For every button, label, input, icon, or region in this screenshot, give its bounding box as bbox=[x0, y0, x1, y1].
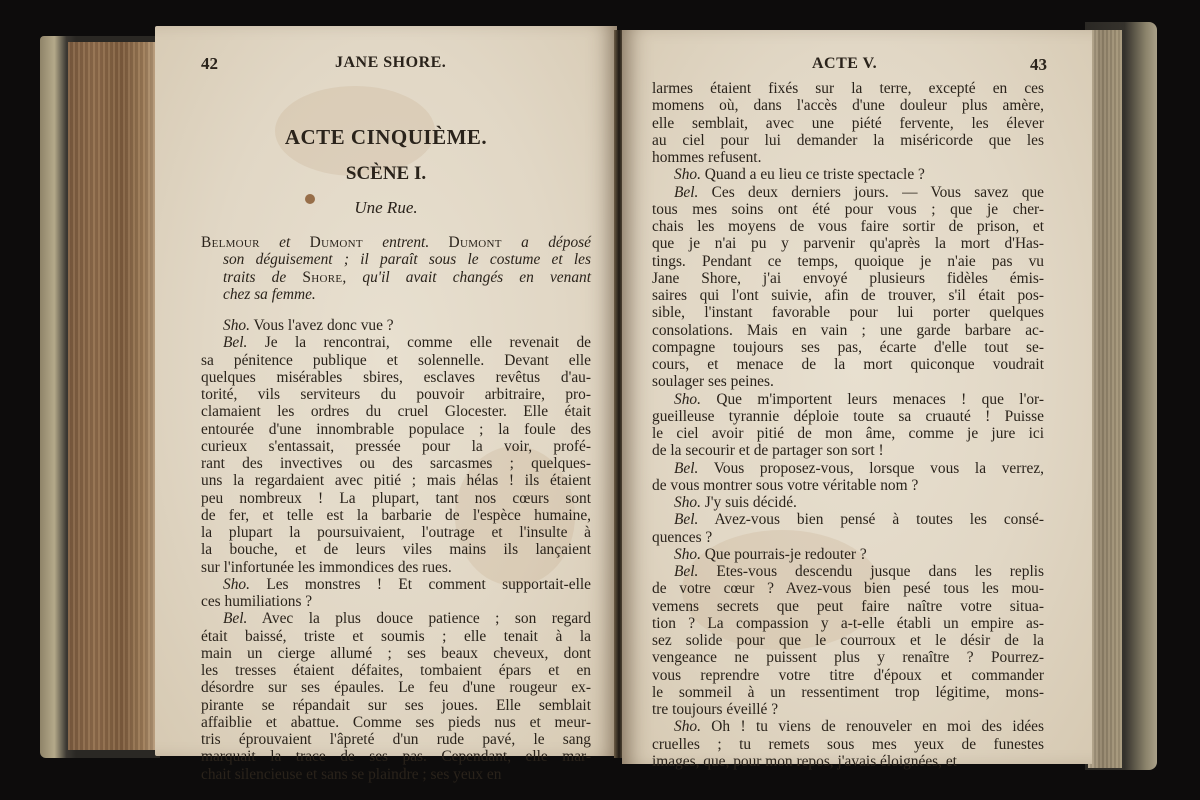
text-line: vous reprendre votre titre d'époux et co… bbox=[652, 667, 1044, 684]
line-text: cours, et menace de la mort quiconque vo… bbox=[652, 356, 1044, 373]
text-line: larmes étaient fixés sur la terre, excep… bbox=[652, 80, 1044, 97]
line-text: pirante se répandait sur ses joues. Elle… bbox=[201, 697, 591, 714]
line-text: sa pénitence publique et solennelle. Dev… bbox=[201, 352, 591, 369]
line-text: quences ? bbox=[652, 529, 712, 546]
line-text: le ciel avoir pitié de mon âme, comme je… bbox=[652, 425, 1044, 442]
text-line: la bouche, et de leurs viles mains ils l… bbox=[201, 541, 591, 558]
text-line: le ciel avoir pitié de mon âme, comme je… bbox=[652, 425, 1044, 442]
speaker-name: Sho. bbox=[223, 576, 250, 593]
line-text: tous mes soins ont été pour vous ; que j… bbox=[652, 201, 1044, 218]
dialogue-line-speaker: Sho. Quand a eu lieu ce triste spectacle… bbox=[652, 166, 1044, 183]
line-text: de fer, et telle est la barbarie de l'es… bbox=[201, 507, 591, 524]
dialogue-line-speaker: Sho. Que pourrais-je redouter ? bbox=[652, 546, 1044, 563]
speaker-name: Bel. bbox=[674, 511, 698, 528]
line-text: larmes étaient fixés sur la terre, excep… bbox=[652, 80, 1044, 97]
text-line: sur l'infortunée les immondices des rues… bbox=[201, 559, 591, 576]
line-text: curieux s'entassait, pressée pour la voi… bbox=[201, 438, 591, 455]
line-text: Que pourrais-je redouter ? bbox=[701, 546, 867, 563]
running-head: JANE SHORE. bbox=[335, 54, 446, 72]
text-line: la plupart la poursuivaient, l'outrage e… bbox=[201, 524, 591, 541]
text-line: vemens secrets que peut faire naître vot… bbox=[652, 598, 1044, 615]
text-line: chais les moyens de vous faire sortir de… bbox=[652, 218, 1044, 235]
line-text: tings. Pendant ce temps, quoique je n'ai… bbox=[652, 253, 1044, 270]
text-line: torité, vils serviteurs du pouvoir arbit… bbox=[201, 386, 591, 403]
line-text: compagne toujours ses pas, écarte d'elle… bbox=[652, 339, 1044, 356]
line-text: Vous l'avez donc vue ? bbox=[250, 317, 394, 334]
text-line: était baissé, triste et soumis ; elle te… bbox=[201, 628, 591, 645]
line-text: Ces deux derniers jours. — Vous savez qu… bbox=[698, 184, 1044, 201]
line-text: vengeance ne puissent plus y renaître ? … bbox=[652, 649, 1044, 666]
text-line: désordre sur ses épaules. Le feu d'une r… bbox=[201, 679, 591, 696]
text-line: tous mes soins ont été pour vous ; que j… bbox=[652, 201, 1044, 218]
text-line: de la secourir et de partager son sort ! bbox=[652, 442, 1044, 459]
line-text: affaiblie et abattue. Comme ses pieds nu… bbox=[201, 714, 591, 731]
line-text: vous reprendre votre titre d'époux et co… bbox=[652, 667, 1044, 684]
speaker-name: Bel. bbox=[674, 563, 698, 580]
line-text: Vous proposez-vous, lorsque vous la verr… bbox=[698, 460, 1044, 477]
ink-spot bbox=[305, 194, 315, 204]
text-line: tre toujours éveillé ? bbox=[652, 701, 1044, 718]
dialogue-text: larmes étaient fixés sur la terre, excep… bbox=[652, 80, 1044, 770]
line-text: la plupart la poursuivaient, l'outrage e… bbox=[201, 524, 591, 541]
dialogue-line-speaker: Sho. Vous l'avez donc vue ? bbox=[201, 317, 591, 334]
line-text: était baissé, triste et soumis ; elle te… bbox=[201, 628, 591, 645]
dialogue-line-speaker: Bel. Ces deux derniers jours. — Vous sav… bbox=[652, 184, 1044, 201]
text-line: tion ? La compassion y a-t-elle établi u… bbox=[652, 615, 1044, 632]
scene-title: SCÈNE I. bbox=[155, 163, 617, 185]
text-line: affaiblie et abattue. Comme ses pieds nu… bbox=[201, 714, 591, 731]
line-text: sur l'infortunée les immondices des rues… bbox=[201, 559, 452, 576]
text-line: quelques misérables sbires, esclaves rev… bbox=[201, 369, 591, 386]
text-line: sa pénitence publique et solennelle. Dev… bbox=[201, 352, 591, 369]
line-text: sible, l'instant favorable pour lui port… bbox=[652, 304, 1044, 321]
dialogue-text: Sho. Vous l'avez donc vue ?Bel. Je la re… bbox=[201, 317, 591, 783]
left-page: 42 JANE SHORE. ACTE CINQUIÈME. SCÈNE I. … bbox=[155, 26, 617, 756]
line-text: Etes-vous descendu jusque dans les repli… bbox=[698, 563, 1044, 580]
text-line: sez solide pour que le courroux et le dé… bbox=[652, 632, 1044, 649]
speaker-name: Sho. bbox=[674, 718, 701, 735]
speaker-name: Bel. bbox=[674, 460, 698, 477]
line-text: Avez-vous bien pensé à toutes les consé- bbox=[698, 511, 1044, 528]
text-line: momens où, dans l'accès d'une douleur pl… bbox=[652, 97, 1044, 114]
dialogue-line-speaker: Bel. Je la rencontrai, comme elle revena… bbox=[201, 334, 591, 351]
line-text: soulager ses peines. bbox=[652, 373, 774, 390]
line-text: hommes refusent. bbox=[652, 149, 761, 166]
speaker-name: Sho. bbox=[674, 391, 701, 408]
line-text: entourée d'une innombrable populace ; la… bbox=[201, 421, 591, 438]
speaker-name: Bel. bbox=[223, 334, 247, 351]
line-text: le sommeil à un ressentiment trop légiti… bbox=[652, 684, 1044, 701]
line-text: chait silencieuse et sans se plaindre ; … bbox=[201, 766, 501, 783]
speaker-name: Sho. bbox=[223, 317, 250, 334]
line-text: désordre sur ses épaules. Le feu d'une r… bbox=[201, 679, 591, 696]
page-number: 43 bbox=[1030, 55, 1047, 75]
line-text: momens où, dans l'accès d'une douleur pl… bbox=[652, 97, 1044, 114]
dialogue-line-speaker: Sho. J'y suis décidé. bbox=[652, 494, 1044, 511]
text-line: curieux s'entassait, pressée pour la voi… bbox=[201, 438, 591, 455]
line-text: Jane Shore, j'ai envoyé plusieurs fidèle… bbox=[652, 270, 1044, 287]
line-text: les tresses étaient défaites, tombaient … bbox=[201, 662, 591, 679]
text-line: au ciel pour lui demander la miséricorde… bbox=[652, 132, 1044, 149]
text-line: les tresses étaient défaites, tombaient … bbox=[201, 662, 591, 679]
speaker-name: Bel. bbox=[223, 610, 247, 627]
open-book: 42 JANE SHORE. ACTE CINQUIÈME. SCÈNE I. … bbox=[0, 0, 1200, 800]
line-text: la bouche, et de leurs viles mains ils l… bbox=[201, 541, 591, 558]
text-line: rant des invectives ou des sarcasmes ; q… bbox=[201, 455, 591, 472]
line-text: de la secourir et de partager son sort ! bbox=[652, 442, 884, 459]
line-text: torité, vils serviteurs du pouvoir arbit… bbox=[201, 386, 591, 403]
text-line: main un cierge allumé ; ses beaux cheveu… bbox=[201, 645, 591, 662]
act-title: ACTE CINQUIÈME. bbox=[155, 125, 617, 150]
line-text: sez solide pour que le courroux et le dé… bbox=[652, 632, 1044, 649]
line-text: Que m'importent leurs menaces ! que l'or… bbox=[701, 391, 1044, 408]
page-number: 42 bbox=[201, 54, 218, 74]
line-text: elle semblait, avec une piété fervente, … bbox=[652, 115, 1044, 132]
text-line: saires qui l'ont suivie, afin de trouver… bbox=[652, 287, 1044, 304]
line-text: Je la rencontrai, comme elle revenait de bbox=[247, 334, 591, 351]
text-line: uns la regardaient avec pitié ; mais hél… bbox=[201, 472, 591, 489]
line-text: quelques misérables sbires, esclaves rev… bbox=[201, 369, 591, 386]
line-text: rant des invectives ou des sarcasmes ; q… bbox=[201, 455, 591, 472]
line-text: marquait la trace de ses pas. Cependant,… bbox=[201, 748, 591, 765]
line-text: Oh ! tu viens de renouveler en moi des i… bbox=[701, 718, 1044, 735]
line-text: Quand a eu lieu ce triste spectacle ? bbox=[701, 166, 925, 183]
text-line: gueilleuse tyrannie déploie toute sa cru… bbox=[652, 408, 1044, 425]
text-line: vengeance ne puissent plus y renaître ? … bbox=[652, 649, 1044, 666]
text-line: de vous montrer sous votre véritable nom… bbox=[652, 477, 1044, 494]
text-line: cruelles ; tu remets sous mes yeux de fu… bbox=[652, 736, 1044, 753]
dialogue-line-speaker: Sho. Que m'importent leurs menaces ! que… bbox=[652, 391, 1044, 408]
stage-direction: Belmour et Dumont entrent. Dumont a dépo… bbox=[201, 234, 591, 303]
text-line: tris éprouvaient l'âpreté d'un rude pavé… bbox=[201, 731, 591, 748]
text-line: compagne toujours ses pas, écarte d'elle… bbox=[652, 339, 1044, 356]
line-text: main un cierge allumé ; ses beaux cheveu… bbox=[201, 645, 591, 662]
line-text: tre toujours éveillé ? bbox=[652, 701, 778, 718]
text-line: hommes refusent. bbox=[652, 149, 1044, 166]
text-line: ces humiliations ? bbox=[201, 593, 591, 610]
line-text: au ciel pour lui demander la miséricorde… bbox=[652, 132, 1044, 149]
line-text: J'y suis décidé. bbox=[701, 494, 797, 511]
dialogue-line-speaker: Sho. Oh ! tu viens de renouveler en moi … bbox=[652, 718, 1044, 735]
line-text: que je n'ai pu y parvenir qu'après la mo… bbox=[652, 235, 1044, 252]
right-page-edges bbox=[1088, 30, 1122, 768]
line-text: tris éprouvaient l'âpreté d'un rude pavé… bbox=[201, 731, 591, 748]
line-text: saires qui l'ont suivie, afin de trouver… bbox=[652, 287, 1044, 304]
speaker-name: Sho. bbox=[674, 494, 701, 511]
line-text: gueilleuse tyrannie déploie toute sa cru… bbox=[652, 408, 1044, 425]
speaker-name: Sho. bbox=[674, 166, 701, 183]
speaker-name: Sho. bbox=[674, 546, 701, 563]
text-line: elle semblait, avec une piété fervente, … bbox=[652, 115, 1044, 132]
text-line: de votre cœur ? Avez-vous bien pesé tous… bbox=[652, 580, 1044, 597]
dialogue-line-speaker: Bel. Avec la plus douce patience ; son r… bbox=[201, 610, 591, 627]
line-text: chais les moyens de vous faire sortir de… bbox=[652, 218, 1044, 235]
line-text: de vous montrer sous votre véritable nom… bbox=[652, 477, 918, 494]
text-line: Jane Shore, j'ai envoyé plusieurs fidèle… bbox=[652, 270, 1044, 287]
left-page-edges bbox=[68, 42, 158, 750]
text-line: sible, l'instant favorable pour lui port… bbox=[652, 304, 1044, 321]
dialogue-line-speaker: Bel. Vous proposez-vous, lorsque vous la… bbox=[652, 460, 1044, 477]
text-line: peu nombreux ! La plupart, tant nos cœur… bbox=[201, 490, 591, 507]
line-text: cruelles ; tu remets sous mes yeux de fu… bbox=[652, 736, 1044, 753]
line-text: Les monstres ! Et comment supportait-ell… bbox=[250, 576, 591, 593]
line-text: consolations. Mais en vain ; une garde b… bbox=[652, 322, 1044, 339]
text-line: le sommeil à un ressentiment trop légiti… bbox=[652, 684, 1044, 701]
line-text: vemens secrets que peut faire naître vot… bbox=[652, 598, 1044, 615]
text-line: images, que, pour mon repos, j'avais élo… bbox=[652, 753, 1044, 770]
text-line: clamaient les ordres du cruel Glocester.… bbox=[201, 403, 591, 420]
line-text: uns la regardaient avec pitié ; mais hél… bbox=[201, 472, 591, 489]
text-line: tings. Pendant ce temps, quoique je n'ai… bbox=[652, 253, 1044, 270]
text-line: soulager ses peines. bbox=[652, 373, 1044, 390]
text-line: consolations. Mais en vain ; une garde b… bbox=[652, 322, 1044, 339]
text-line: de fer, et telle est la barbarie de l'es… bbox=[201, 507, 591, 524]
speaker-name: Bel. bbox=[674, 184, 698, 201]
line-text: de votre cœur ? Avez-vous bien pesé tous… bbox=[652, 580, 1044, 597]
dialogue-line-speaker: Bel. Etes-vous descendu jusque dans les … bbox=[652, 563, 1044, 580]
line-text: ces humiliations ? bbox=[201, 593, 312, 610]
text-line: que je n'ai pu y parvenir qu'après la mo… bbox=[652, 235, 1044, 252]
text-line: entourée d'une innombrable populace ; la… bbox=[201, 421, 591, 438]
line-text: tion ? La compassion y a-t-elle établi u… bbox=[652, 615, 1044, 632]
line-text: peu nombreux ! La plupart, tant nos cœur… bbox=[201, 490, 591, 507]
line-text: Avec la plus douce patience ; son regard bbox=[247, 610, 591, 627]
dialogue-line-speaker: Bel. Avez-vous bien pensé à toutes les c… bbox=[652, 511, 1044, 528]
scene-setting: Une Rue. bbox=[155, 198, 617, 218]
text-line: marquait la trace de ses pas. Cependant,… bbox=[201, 748, 591, 765]
text-line: pirante se répandait sur ses joues. Elle… bbox=[201, 697, 591, 714]
dialogue-line-speaker: Sho. Les monstres ! Et comment supportai… bbox=[201, 576, 591, 593]
line-text: clamaient les ordres du cruel Glocester.… bbox=[201, 403, 591, 420]
running-head: ACTE V. bbox=[812, 55, 877, 73]
text-line: quences ? bbox=[652, 529, 1044, 546]
line-text: images, que, pour mon repos, j'avais élo… bbox=[652, 753, 957, 770]
right-page: ACTE V. 43 larmes étaient fixés sur la t… bbox=[622, 30, 1092, 764]
text-line: chait silencieuse et sans se plaindre ; … bbox=[201, 766, 591, 783]
text-line: cours, et menace de la mort quiconque vo… bbox=[652, 356, 1044, 373]
